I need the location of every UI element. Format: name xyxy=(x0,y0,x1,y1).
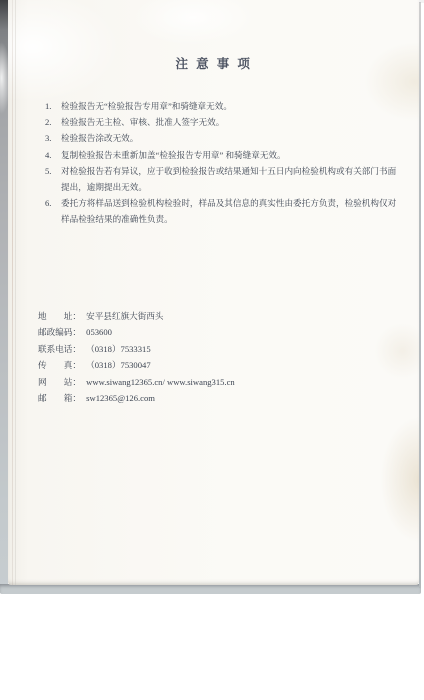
notes-list: 1. 检验报告无“检验报告专用章”和骑缝章无效。 2. 检验报告无主检、审核、批… xyxy=(45,98,407,228)
contact-label: 地 址： xyxy=(38,308,84,324)
note-text: 检验报告无主检、审核、批准人签字无效。 xyxy=(61,114,404,130)
contact-row-fax: 传 真： （0318）7530047 xyxy=(38,357,235,373)
note-text: 对检验报告若有异议，应于收到检验报告或结果通知十五日内向检验机构或有关部门书面提… xyxy=(61,163,404,195)
note-number: 2. xyxy=(45,114,61,130)
contact-label: 传 真： xyxy=(38,357,84,373)
note-item-6: 6. 委托方将样品送到检验机构检验时，样品及其信息的真实性由委托方负责，检验机构… xyxy=(45,195,407,227)
scanner-edge-right xyxy=(419,2,421,588)
note-number: 1. xyxy=(45,98,61,114)
note-item-5: 5. 对检验报告若有异议，应于收到检验报告或结果通知十五日内向检验机构或有关部门… xyxy=(45,163,407,195)
contact-row-website: 网 站： www.siwang12365.cn/ www.siwang315.c… xyxy=(38,374,235,390)
contact-label: 联系电话： xyxy=(38,341,84,357)
contact-value: www.siwang12365.cn/ www.siwang315.cn xyxy=(86,374,235,390)
scanned-document: 注 意 事 项 1. 检验报告无“检验报告专用章”和骑缝章无效。 2. 检验报告… xyxy=(0,0,424,700)
note-text: 检验报告涂改无效。 xyxy=(61,130,404,146)
paper-crease-light xyxy=(15,0,16,585)
paper-sheet: 注 意 事 项 1. 检验报告无“检验报告专用章”和骑缝章无效。 2. 检验报告… xyxy=(8,0,419,585)
note-number: 3. xyxy=(45,130,61,146)
note-text: 委托方将样品送到检验机构检验时，样品及其信息的真实性由委托方负责，检验机构仅对样… xyxy=(61,195,404,227)
page-title: 注 意 事 项 xyxy=(8,54,419,72)
contact-row-address: 地 址： 安平县红旗大街西头 xyxy=(38,308,235,324)
note-number: 5. xyxy=(45,163,61,195)
contact-value: 安平县红旗大街西头 xyxy=(86,308,163,324)
contact-value: sw12365@126.com xyxy=(86,390,155,406)
note-text: 检验报告无“检验报告专用章”和骑缝章无效。 xyxy=(61,98,404,114)
note-number: 4. xyxy=(45,147,61,163)
scanner-edge-left xyxy=(0,0,8,593)
contact-label: 邮 箱： xyxy=(38,390,84,406)
note-number: 6. xyxy=(45,195,61,227)
note-item-2: 2. 检验报告无主检、审核、批准人签字无效。 xyxy=(45,114,407,130)
note-item-4: 4. 复制检验报告未重新加盖“检验报告专用章” 和骑缝章无效。 xyxy=(45,147,407,163)
contact-value: （0318）7533315 xyxy=(86,341,150,357)
contact-block: 地 址： 安平县红旗大街西头 邮政编码： 053600 联系电话： （0318）… xyxy=(38,308,235,406)
note-item-3: 3. 检验报告涂改无效。 xyxy=(45,130,407,146)
note-item-1: 1. 检验报告无“检验报告专用章”和骑缝章无效。 xyxy=(45,98,407,114)
contact-row-phone: 联系电话： （0318）7533315 xyxy=(38,341,235,357)
contact-label: 邮政编码： xyxy=(38,324,84,340)
scanner-edge-bottom xyxy=(0,584,421,594)
contact-row-postcode: 邮政编码： 053600 xyxy=(38,324,235,340)
paper-crease xyxy=(12,0,13,585)
note-text: 复制检验报告未重新加盖“检验报告专用章” 和骑缝章无效。 xyxy=(61,147,404,163)
contact-value: 053600 xyxy=(86,324,112,340)
contact-label: 网 站： xyxy=(38,374,84,390)
contact-value: （0318）7530047 xyxy=(86,357,150,373)
contact-row-email: 邮 箱： sw12365@126.com xyxy=(38,390,235,406)
